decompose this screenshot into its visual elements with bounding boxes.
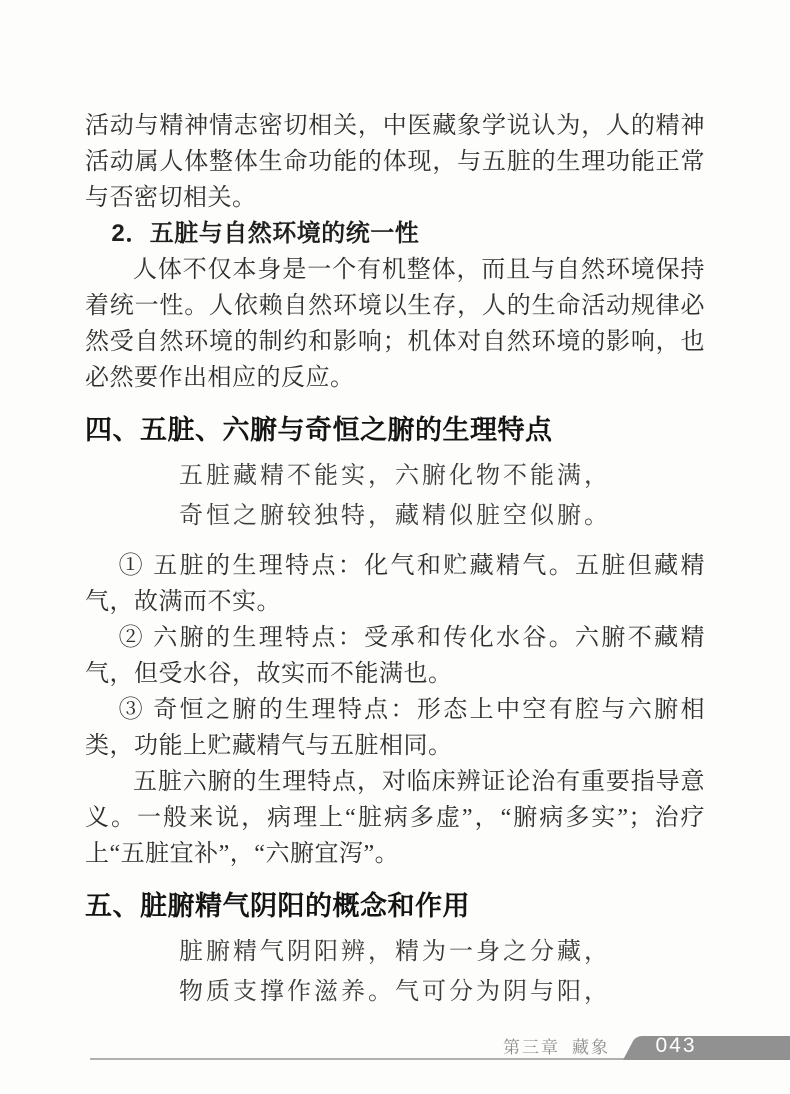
item-3-extraordinary-fu-feature: ③ 奇恒之腑的生理特点：形态上中空有腔与六腑相类，功能上贮藏精气与五脏相同。 (85, 692, 705, 764)
page-footer: 第三章藏象 043 (0, 1034, 790, 1062)
paragraph-spirit-continuation: 活动与精神情志密切相关，中医藏象学说认为，人的精神活动属人体整体生命功能的体现，… (85, 108, 705, 216)
subheading-unity-with-nature: 2．五脏与自然环境的统一性 (85, 216, 705, 252)
verse-line-2: 奇恒之腑较独特，藏精似脏空似腑。 (85, 496, 705, 536)
chapter-label: 第三章藏象 (503, 1033, 610, 1058)
item-2-six-fu-feature: ② 六腑的生理特点：受承和传化水谷。六腑不藏精气，但受水谷，故实而不能满也。 (85, 620, 705, 692)
verse-block-section-4: 五脏藏精不能实，六腑化物不能满， 奇恒之腑较独特，藏精似脏空似腑。 (85, 456, 705, 536)
verse-line-1: 脏腑精气阴阳辨，精为一身之分藏， (85, 932, 705, 972)
section-heading-4-physiological-features: 四、五脏、六腑与奇恒之腑的生理特点 (85, 412, 705, 448)
page-content: 活动与精神情志密切相关，中医藏象学说认为，人的精神活动属人体整体生命功能的体现，… (85, 108, 705, 1024)
item-1-five-zang-feature: ① 五脏的生理特点：化气和贮藏精气。五脏但藏精气，故满而不实。 (85, 548, 705, 620)
footer-rule (90, 1058, 627, 1060)
chapter-title: 藏象 (572, 1038, 610, 1057)
section-heading-5-essence-qi-yinyang: 五、脏腑精气阴阳的概念和作用 (85, 888, 705, 924)
paragraph-unity-with-nature: 人体不仅本身是一个有机整体，而且与自然环境保持着统一性。人依赖自然环境以生存，人… (85, 252, 705, 396)
page-number: 043 (652, 1034, 700, 1058)
book-page: 活动与精神情志密切相关，中医藏象学说认为，人的精神活动属人体整体生命功能的体现，… (0, 0, 790, 1094)
verse-line-1: 五脏藏精不能实，六腑化物不能满， (85, 456, 705, 496)
page-number-badge (623, 1036, 790, 1060)
chapter-number: 第三章 (503, 1038, 560, 1057)
paragraph-clinical-significance: 五脏六腑的生理特点，对临床辨证论治有重要指导意义。一般来说，病理上“脏病多虚”，… (85, 764, 705, 872)
verse-block-section-5: 脏腑精气阴阳辨，精为一身之分藏， 物质支撑作滋养。气可分为阴与阳， (85, 932, 705, 1012)
verse-line-2: 物质支撑作滋养。气可分为阴与阳， (85, 972, 705, 1012)
